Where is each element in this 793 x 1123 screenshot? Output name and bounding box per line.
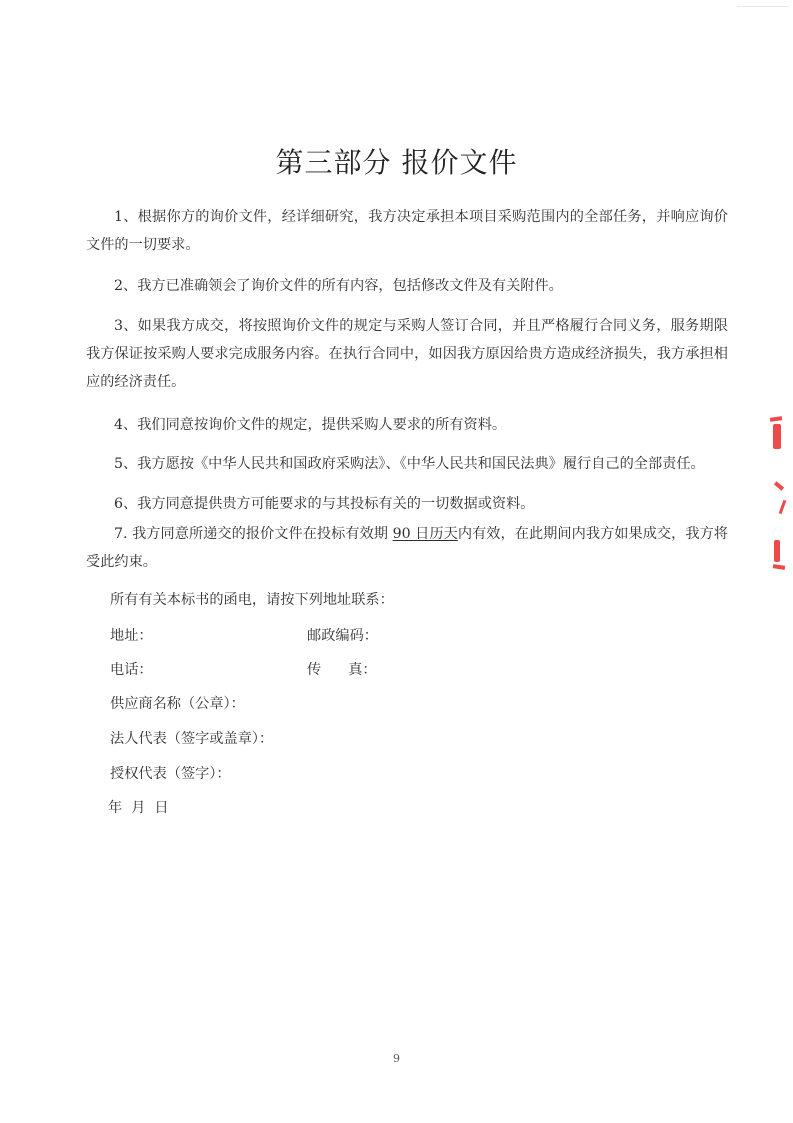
phone-field: 电话： [110,659,153,679]
supplier-name-field: 供应商名称（公章）： [110,693,245,713]
seal-stamp-fragment [770,416,782,422]
clause-6: 6、我方同意提供贵方可能要求的与其投标有关的一切数据或资料。 [86,490,534,518]
seal-stamp-fragment [774,481,784,490]
clause-1: 1、根据你方的询价文件，经详细研究，我方决定承担本项目采购范围内的全部任务，并响… [86,203,728,259]
seal-stamp-fragment [773,564,785,570]
clause-7-text-before: 7. 我方同意所递交的报价文件在投标有效期 [114,526,393,542]
clause-5: 5、我方愿按《中华人民共和国政府采购法》、《中华人民共和国民法典》履行自己的全部… [86,450,705,478]
clause-3: 3、如果我方成交，将按照询价文件的规定与采购人签订合同，并且严格履行合同义务，服… [86,312,728,396]
contact-intro: 所有有关本标书的函电，请按下列地址联系： [110,589,394,609]
scan-artifact [737,6,789,7]
clause-2: 2、我方已准确领会了询价文件的所有内容，包括修改文件及有关附件。 [86,272,563,300]
address-field: 地址： [110,625,153,645]
page-number: 9 [0,1052,793,1065]
date-field: 年 月 日 [108,797,169,817]
clause-7: 7. 我方同意所递交的报价文件在投标有效期 90 日历天内有效，在此期间内我方如… [86,520,728,576]
fax-field: 传 真： [307,659,377,679]
seal-stamp-fragment [779,500,787,514]
document-page: 第三部分 报价文件 1、根据你方的询价文件，经详细研究，我方决定承担本项目采购范… [0,0,793,1123]
seal-stamp-fragment [773,424,781,449]
clause-4: 4、我们同意按询价文件的规定，提供采购人要求的所有资料。 [86,411,506,439]
authorized-representative-field: 授权代表（签字）： [110,763,231,783]
validity-period: 90 日历天 [393,526,458,542]
page-title: 第三部分 报价文件 [0,141,793,181]
legal-representative-field: 法人代表（签字或盖章）： [110,728,273,748]
seal-stamp-fragment [774,540,780,562]
postcode-field: 邮政编码： [307,625,378,645]
